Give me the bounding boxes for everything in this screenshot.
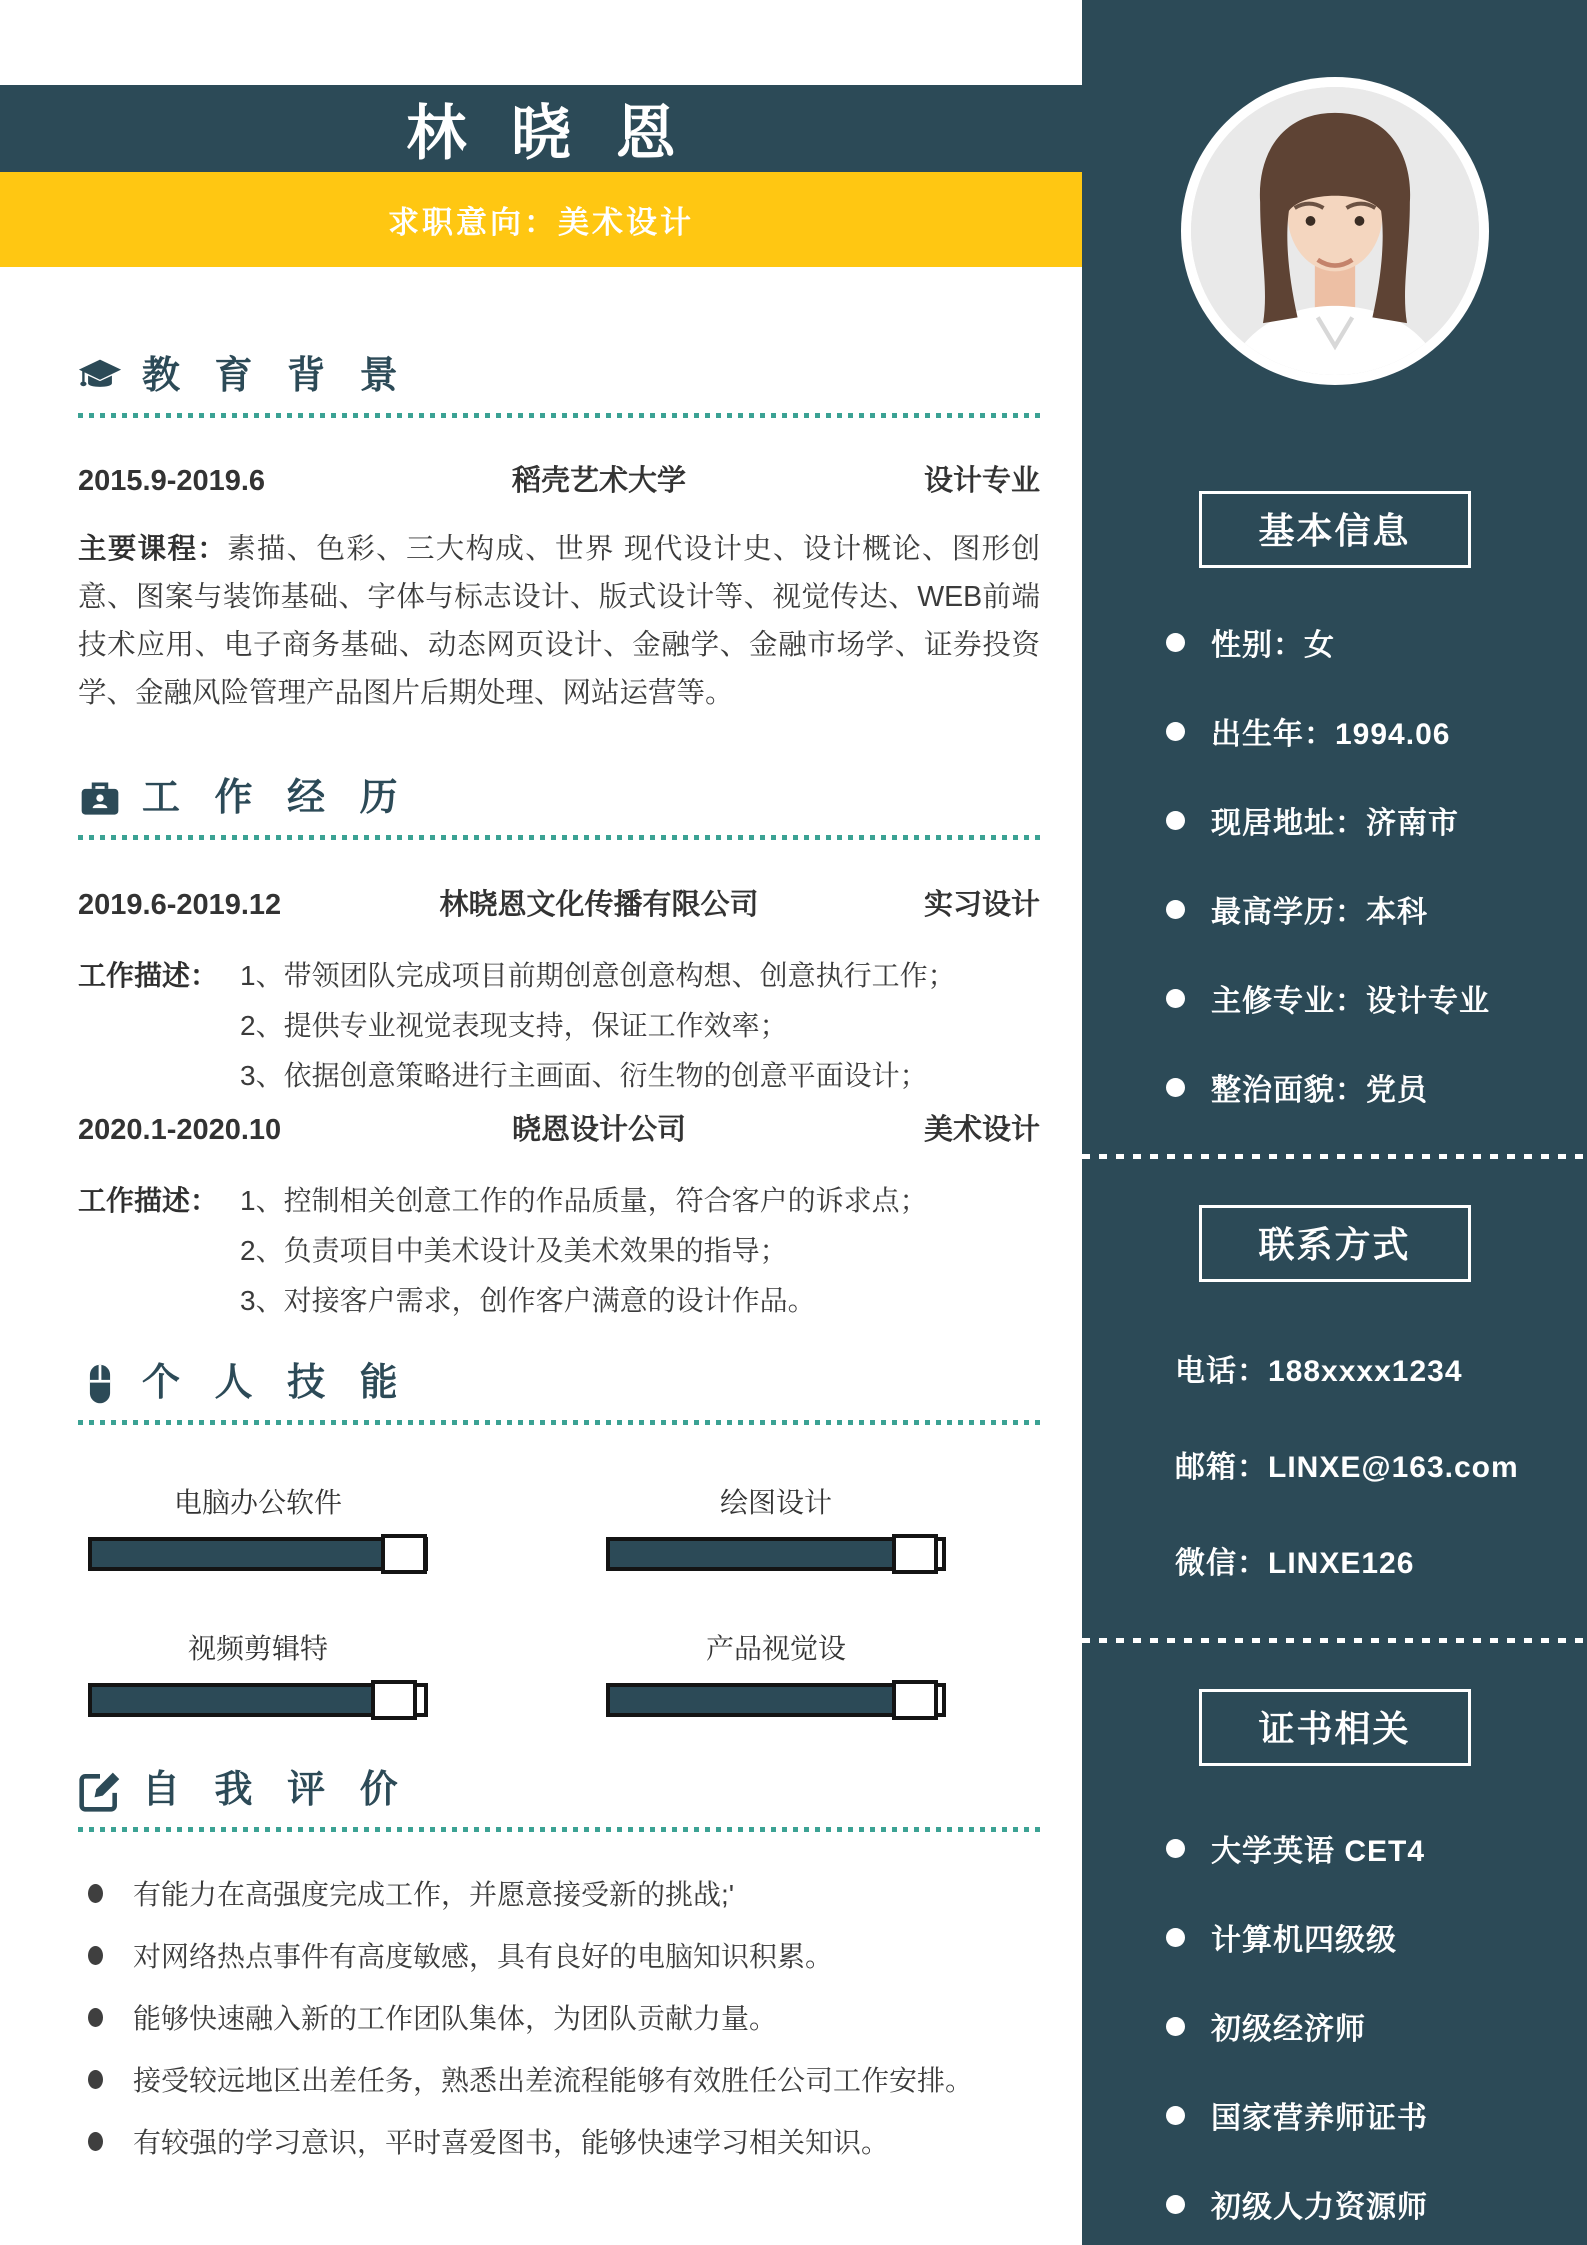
bullet-icon [1166, 2106, 1185, 2125]
work-company: 林晓恩文化传播有限公司 [378, 882, 820, 923]
bullet-icon [1166, 1078, 1185, 1097]
education-row: 2015.9-2019.6 稻壳艺术大学 设计专业 [78, 458, 1040, 499]
contact-row: 微信：LINXE126 [1175, 1538, 1587, 1582]
skill-bar [606, 1537, 946, 1571]
skill-label: 电脑办公软件 [88, 1481, 428, 1521]
section-divider [78, 1420, 1040, 1425]
certificate-item: 国家营养师证书 [1166, 2093, 1587, 2137]
evaluation-section-title: 自 我 评 价 [142, 1770, 410, 1812]
work-description: 工作描述： 1、带领团队完成项目前期创意创意构想、创意执行工作； 2、提供专业视… [78, 951, 1040, 1101]
skill-label: 绘图设计 [606, 1481, 946, 1521]
graduation-cap-icon [78, 355, 122, 399]
bullet-icon [88, 2132, 103, 2151]
skill-label: 视频剪辑特 [88, 1627, 428, 1667]
contact-row: 邮箱：LINXE@163.com [1175, 1442, 1587, 1486]
profile-photo [1191, 87, 1479, 375]
work-role: 实习设计 [820, 882, 1040, 923]
skill-item: 电脑办公软件 [88, 1481, 428, 1571]
work-desc-line: 1、带领团队完成项目前期创意创意构想、创意执行工作； [240, 951, 1040, 1001]
basic-info-item: 出生年：1994.06 [1166, 709, 1587, 753]
candidate-name: 林 晓 恩 [392, 86, 689, 172]
basic-info-item: 性别：女 [1166, 620, 1587, 664]
certificate-item: 初级人力资源师 [1166, 2182, 1587, 2226]
certificate-item: 大学英语 CET4 [1166, 1826, 1587, 1870]
work-period: 2019.6-2019.12 [78, 889, 378, 922]
work-desc-line: 2、提供专业视觉表现支持，保证工作效率； [240, 1001, 1040, 1051]
work-company: 晓恩设计公司 [378, 1107, 820, 1148]
name-banner: 林 晓 恩 [0, 85, 1082, 172]
bullet-icon [1166, 722, 1185, 741]
evaluation-item: 有能力在高强度完成工作，并愿意接受新的挑战;' [78, 1876, 1040, 1914]
skill-bar-fill [92, 1687, 371, 1713]
sidebar: 基本信息 性别：女 出生年：1994.06 现居地址：济南市 最高学历：本科 主… [1082, 0, 1587, 2245]
bullet-icon [88, 1884, 103, 1903]
bullet-icon [1166, 1839, 1185, 1858]
education-section-title: 教 育 背 景 [142, 356, 410, 398]
skill-bar-fill [610, 1687, 892, 1713]
mouse-icon [78, 1362, 122, 1406]
work-desc-line: 2、负责项目中美术设计及美术效果的指导； [240, 1226, 1040, 1276]
evaluation-item: 能够快速融入新的工作团队集体，为团队贡献力量。 [78, 2000, 1040, 2038]
evaluation-list: 有能力在高强度完成工作，并愿意接受新的挑战;' 对网络热点事件有高度敏感，具有良… [78, 1876, 1040, 2162]
certificate-item: 初级经济师 [1166, 2004, 1587, 2048]
work-period: 2020.1-2020.10 [78, 1114, 378, 1147]
bullet-icon [1166, 811, 1185, 830]
work-description: 工作描述： 1、控制相关创意工作的作品质量，符合客户的诉求点； 2、负责项目中美… [78, 1176, 1040, 1326]
work-desc-line: 1、控制相关创意工作的作品质量，符合客户的诉求点； [240, 1176, 1040, 1226]
bullet-icon [1166, 989, 1185, 1008]
section-divider [78, 1827, 1040, 1832]
education-period: 2015.9-2019.6 [78, 465, 378, 498]
education-courses: 主要课程：素描、色彩、三大构成、世界 现代设计史、设计概论、图形创意、图案与装饰… [78, 525, 1040, 717]
skills-section-title: 个 人 技 能 [142, 1363, 410, 1405]
sidebar-divider [1082, 1154, 1587, 1159]
main-content: 教 育 背 景 2015.9-2019.6 稻壳艺术大学 设计专业 主要课程：素… [0, 355, 1082, 2162]
skills-grid: 电脑办公软件 绘图设计 视频剪辑特 [88, 1481, 1040, 1717]
section-divider [78, 413, 1040, 418]
certificates-title: 证书相关 [1199, 1689, 1471, 1766]
education-school: 稻壳艺术大学 [378, 458, 820, 499]
skill-bar-fill [92, 1541, 381, 1567]
skill-item: 产品视觉设 [606, 1627, 946, 1717]
resume-page: 林 晓 恩 求职意向：美术设计 教 育 背 景 2015 [0, 0, 1587, 2245]
work-section-header: 工 作 经 历 [78, 777, 1040, 821]
section-divider [78, 835, 1040, 840]
basic-info-title: 基本信息 [1199, 491, 1471, 568]
bullet-icon [1166, 2017, 1185, 2036]
certificate-item: 计算机四级级 [1166, 1915, 1587, 1959]
basic-info-item: 主修专业：设计专业 [1166, 976, 1587, 1020]
skills-section-header: 个 人 技 能 [78, 1362, 1040, 1406]
work-section-title: 工 作 经 历 [142, 778, 410, 820]
basic-info-item: 整治面貌：党员 [1166, 1065, 1587, 1109]
work-entry-row: 2019.6-2019.12 林晓恩文化传播有限公司 实习设计 [78, 882, 1040, 923]
sidebar-divider [1082, 1638, 1587, 1643]
education-major: 设计专业 [820, 458, 1040, 499]
work-desc-label: 工作描述： [78, 1176, 240, 1326]
evaluation-section-header: 自 我 评 价 [78, 1769, 1040, 1813]
contact-title: 联系方式 [1199, 1205, 1471, 1282]
evaluation-item: 有较强的学习意识，平时喜爱图书，能够快速学习相关知识。 [78, 2124, 1040, 2162]
job-intent-banner: 求职意向：美术设计 [0, 172, 1082, 267]
bullet-icon [88, 2070, 103, 2089]
work-desc-lines: 1、控制相关创意工作的作品质量，符合客户的诉求点； 2、负责项目中美术设计及美术… [240, 1176, 1040, 1326]
skill-item: 视频剪辑特 [88, 1627, 428, 1717]
work-entry-row: 2020.1-2020.10 晓恩设计公司 美术设计 [78, 1107, 1040, 1148]
bullet-icon [1166, 1928, 1185, 1947]
work-desc-label: 工作描述： [78, 951, 240, 1101]
skill-bar-handle [892, 1534, 938, 1574]
edit-icon [78, 1769, 122, 1813]
bullet-icon [1166, 2195, 1185, 2214]
bullet-icon [88, 2008, 103, 2027]
skill-label: 产品视觉设 [606, 1627, 946, 1667]
basic-info-list: 性别：女 出生年：1994.06 现居地址：济南市 最高学历：本科 主修专业：设… [1082, 620, 1587, 1109]
work-desc-line: 3、依据创意策略进行主画面、衍生物的创意平面设计； [240, 1051, 1040, 1101]
job-intent-text: 求职意向：美术设计 [388, 197, 694, 242]
evaluation-item: 接受较远地区出差任务，熟悉出差流程能够有效胜任公司工作安排。 [78, 2062, 1040, 2100]
work-desc-line: 3、对接客户需求，创作客户满意的设计作品。 [240, 1276, 1040, 1326]
basic-info-item: 最高学历：本科 [1166, 887, 1587, 931]
evaluation-item: 对网络热点事件有高度敏感，具有良好的电脑知识积累。 [78, 1938, 1040, 1976]
contact-list: 电话：188xxxx1234 邮箱：LINXE@163.com 微信：LINXE… [1082, 1346, 1587, 1582]
main-column: 林 晓 恩 求职意向：美术设计 教 育 背 景 2015 [0, 0, 1082, 2245]
certificates-list: 大学英语 CET4 计算机四级级 初级经济师 国家营养师证书 初级人力资源师 [1082, 1826, 1587, 2226]
skill-bar-handle [371, 1680, 417, 1720]
contact-row: 电话：188xxxx1234 [1175, 1346, 1587, 1390]
education-section-header: 教 育 背 景 [78, 355, 1040, 399]
bullet-icon [1166, 900, 1185, 919]
profile-photo-frame [1181, 77, 1489, 385]
skill-bar [606, 1683, 946, 1717]
skill-bar [88, 1683, 428, 1717]
skill-bar-fill [610, 1541, 892, 1567]
briefcase-icon [78, 777, 122, 821]
bullet-icon [1166, 633, 1185, 652]
work-desc-lines: 1、带领团队完成项目前期创意创意构想、创意执行工作； 2、提供专业视觉表现支持，… [240, 951, 1040, 1101]
skill-bar-handle [381, 1534, 427, 1574]
basic-info-item: 现居地址：济南市 [1166, 798, 1587, 842]
work-role: 美术设计 [820, 1107, 1040, 1148]
courses-label: 主要课程： [78, 533, 227, 565]
bullet-icon [88, 1946, 103, 1965]
skill-bar-handle [892, 1680, 938, 1720]
skill-item: 绘图设计 [606, 1481, 946, 1571]
skill-bar [88, 1537, 428, 1571]
